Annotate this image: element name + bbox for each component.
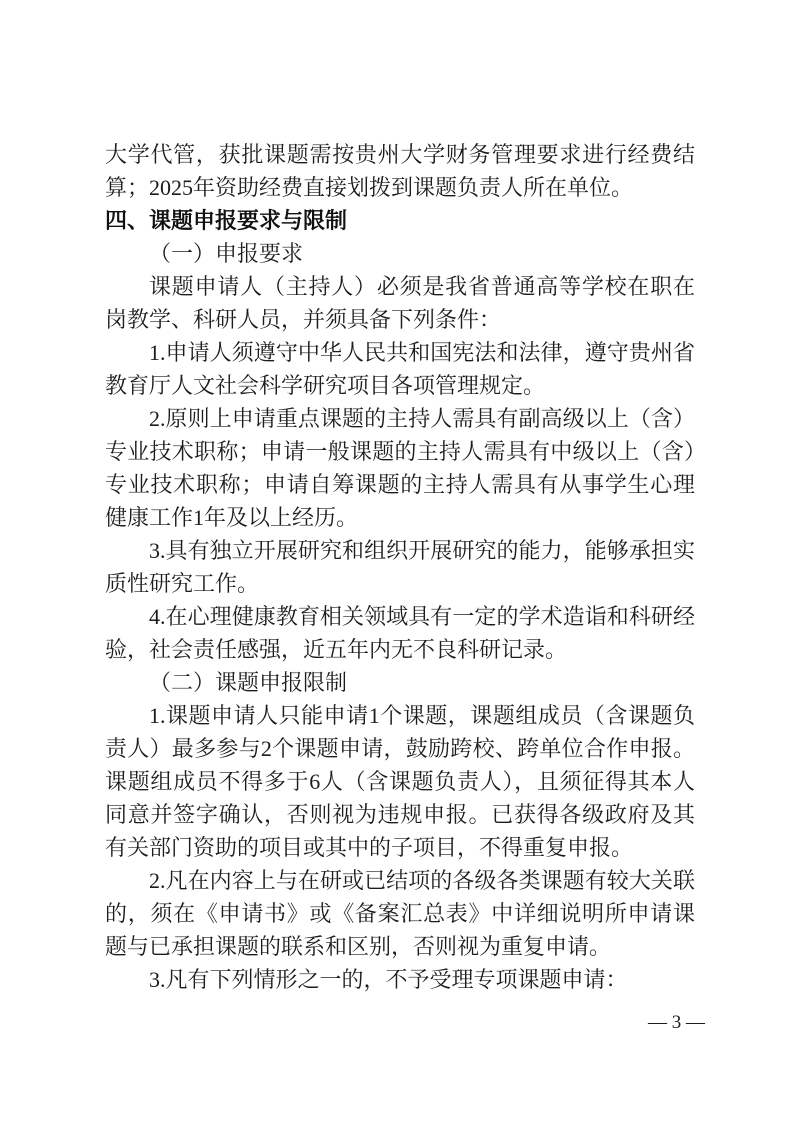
paragraph-condition-2: 2.原则上申请重点课题的主持人需具有副高级以上（含）专业技术职称；申请一般课题的…	[105, 402, 695, 534]
paragraph-condition-4: 4.在心理健康教育相关领域具有一定的学术造诣和科研经验，社会责任感强，近五年内无…	[105, 600, 695, 666]
subsection-heading-application-requirements: （一）申报要求	[105, 237, 695, 270]
paragraph-condition-3: 3.具有独立开展研究和组织开展研究的能力，能够承担实质性研究工作。	[105, 534, 695, 600]
section-heading-requirements-and-limits: 四、课题申报要求与限制	[105, 204, 695, 237]
paragraph-restriction-2: 2.凡在内容上与在研或已结项的各级各类课题有较大关联的，须在《申请书》或《备案汇…	[105, 864, 695, 963]
paragraph-applicant-eligibility: 课题申请人（主持人）必须是我省普通高等学校在职在岗教学、科研人员，并须具备下列条…	[105, 270, 695, 336]
paragraph-condition-1: 1.申请人须遵守中华人民共和国宪法和法律，遵守贵州省教育厅人文社会科学研究项目各…	[105, 336, 695, 402]
page-number: — 3 —	[648, 1012, 705, 1034]
document-page: 大学代管，获批课题需按贵州大学财务管理要求进行经费结算；2025年资助经费直接划…	[0, 0, 794, 1122]
paragraph-restriction-3: 3.凡有下列情形之一的，不予受理专项课题申请：	[105, 963, 695, 996]
document-text-block: 大学代管，获批课题需按贵州大学财务管理要求进行经费结算；2025年资助经费直接划…	[105, 138, 695, 996]
paragraph-restriction-1: 1.课题申请人只能申请1个课题，课题组成员（含课题负责人）最多参与2个课题申请，…	[105, 699, 695, 864]
paragraph-funding-settlement: 大学代管，获批课题需按贵州大学财务管理要求进行经费结算；2025年资助经费直接划…	[105, 138, 695, 204]
subsection-heading-application-limits: （二）课题申报限制	[105, 666, 695, 699]
